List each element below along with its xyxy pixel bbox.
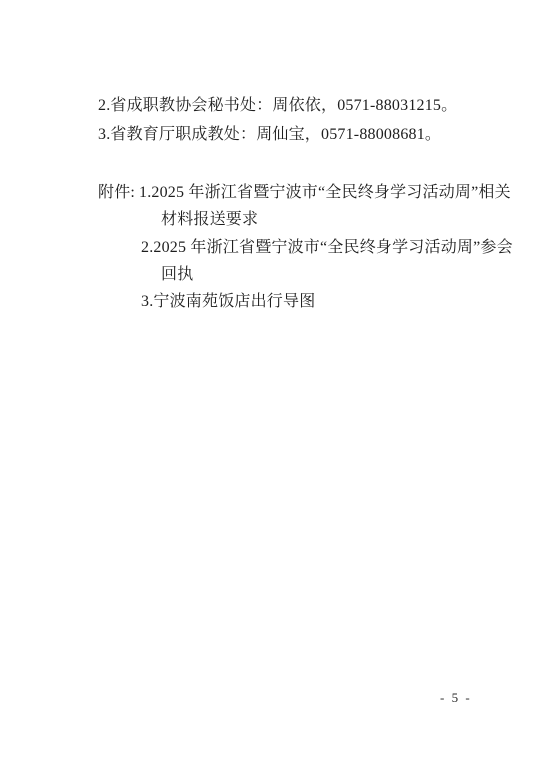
contact-line-education-department: 3.省教育厅职成教处：周仙宝，0571-88008681。	[98, 125, 441, 145]
document-page: 2.省成职教协会秘书处：周依依，0571-88031215。 3.省教育厅职成教…	[0, 0, 550, 778]
attachment-item-3-line-1: 3.宁波南苑饭店出行导图	[141, 292, 315, 312]
attachment-item-2-line-1: 2.2025 年浙江省暨宁波市“全民终身学习活动周”参会	[141, 238, 513, 258]
attachment-item-1-line-1: 1.2025 年浙江省暨宁波市“全民终身学习活动周”相关	[139, 183, 511, 203]
contact-line-association-secretariat: 2.省成职教协会秘书处：周依依，0571-88031215。	[98, 96, 457, 116]
attachments-label: 附件:	[98, 183, 135, 203]
page-number: - 5 -	[440, 690, 472, 706]
attachment-item-1-line-2: 材料报送要求	[161, 210, 258, 230]
attachment-item-2-line-2: 回执	[161, 265, 193, 285]
